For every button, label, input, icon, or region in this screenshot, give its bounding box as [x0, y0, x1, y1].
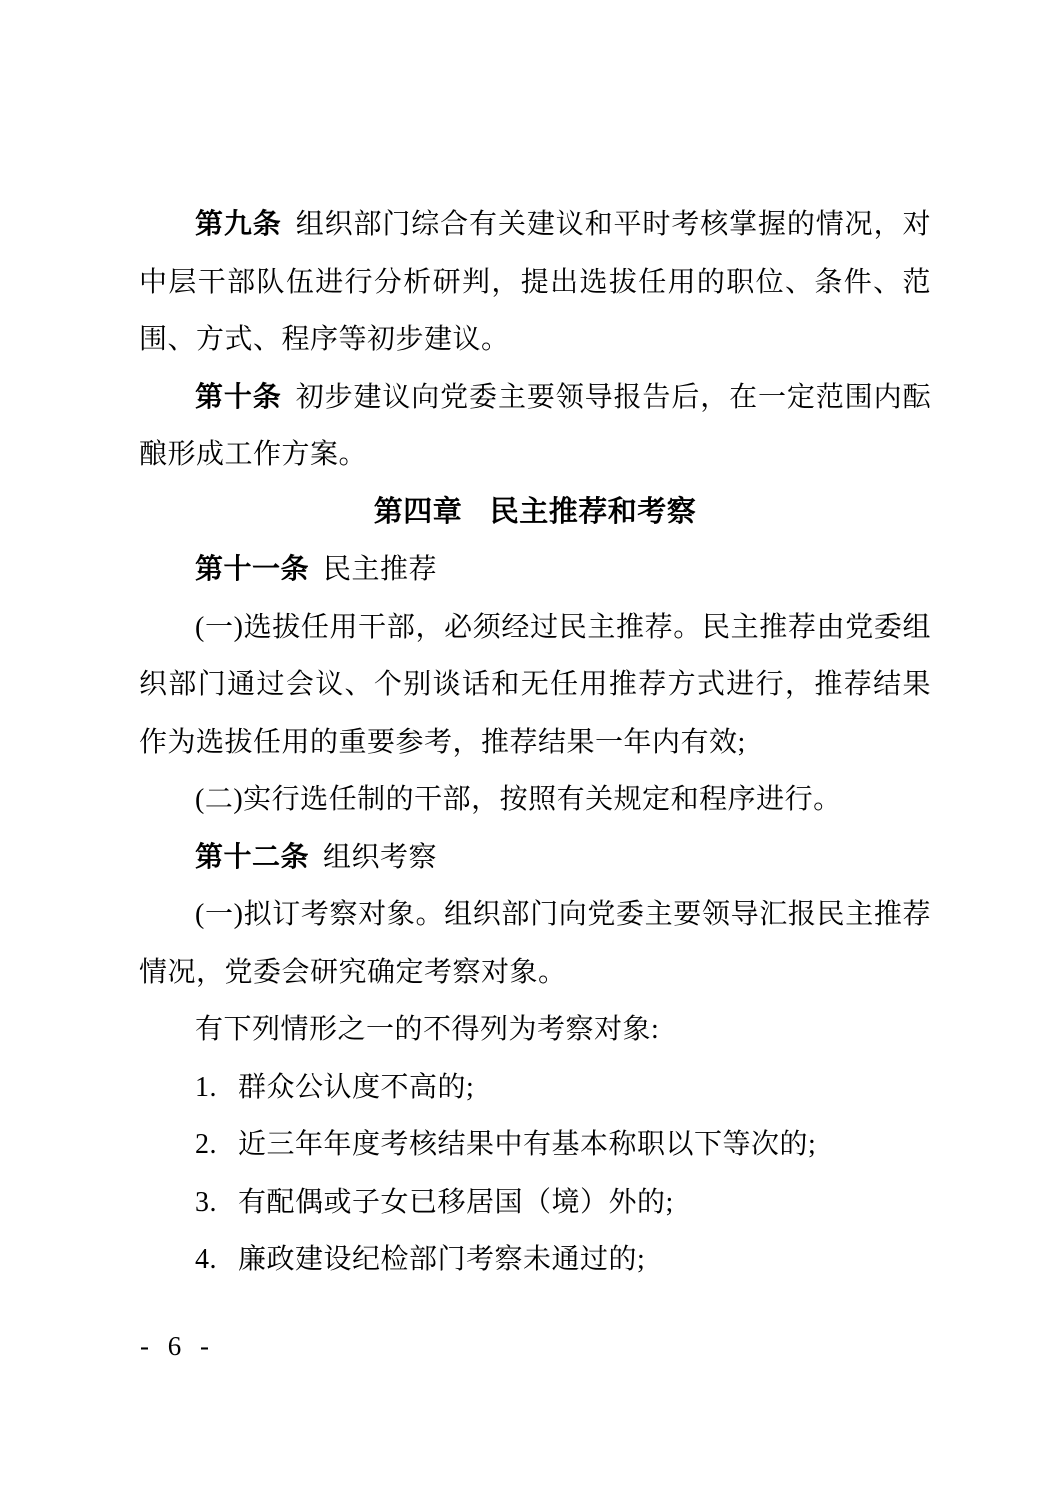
article-12-number: 第十二条	[195, 842, 309, 873]
condition-item-4-number: 4.	[195, 1244, 217, 1275]
chapter-4-number: 第四章	[374, 496, 463, 528]
article-11-item-2-paragraph: (二)实行选任制的干部，按照有关规定和程序进行。	[139, 771, 931, 829]
article-10-number: 第十条	[195, 382, 282, 413]
condition-item-3-number: 3.	[195, 1187, 217, 1218]
condition-item-1: 1.群众公认度不高的;	[139, 1059, 931, 1117]
article-12-text: 组织考察	[323, 842, 437, 873]
condition-item-3: 3.有配偶或子女已移居国（境）外的;	[139, 1174, 931, 1232]
chapter-4-title: 民主推荐和考察	[490, 496, 697, 528]
article-9-paragraph: 第九条组织部门综合有关建议和平时考核掌握的情况，对中层干部队伍进行分析研判，提出…	[139, 196, 931, 369]
article-9-number: 第九条	[195, 209, 282, 240]
condition-item-2: 2.近三年年度考核结果中有基本称职以下等次的;	[139, 1116, 931, 1174]
page-number: - 6 -	[140, 1331, 212, 1362]
document-page: 第九条组织部门综合有关建议和平时考核掌握的情况，对中层干部队伍进行分析研判，提出…	[0, 0, 1054, 1491]
condition-item-2-text: 近三年年度考核结果中有基本称职以下等次的;	[238, 1129, 816, 1160]
article-11-item-1-paragraph: (一)选拔任用干部，必须经过民主推荐。民主推荐由党委组织部门通过会议、个别谈话和…	[139, 599, 931, 772]
condition-item-4: 4.廉政建设纪检部门考察未通过的;	[139, 1231, 931, 1289]
article-10-paragraph: 第十条初步建议向党委主要领导报告后，在一定范围内酝酿形成工作方案。	[139, 369, 931, 484]
article-12-item-1-text: (一)拟订考察对象。组织部门向党委主要领导汇报民主推荐情况，党委会研究确定考察对…	[139, 899, 931, 988]
conditions-intro-text: 有下列情形之一的不得列为考察对象:	[195, 1014, 659, 1045]
condition-item-2-number: 2.	[195, 1129, 217, 1160]
condition-item-1-number: 1.	[195, 1072, 217, 1103]
document-body: 第九条组织部门综合有关建议和平时考核掌握的情况，对中层干部队伍进行分析研判，提出…	[139, 196, 931, 1289]
article-11-paragraph: 第十一条民主推荐	[139, 541, 931, 599]
condition-item-4-text: 廉政建设纪检部门考察未通过的;	[238, 1244, 645, 1275]
chapter-4-heading: 第四章民主推荐和考察	[139, 484, 931, 542]
article-12-paragraph: 第十二条组织考察	[139, 829, 931, 887]
conditions-intro-paragraph: 有下列情形之一的不得列为考察对象:	[139, 1001, 931, 1059]
article-11-number: 第十一条	[195, 554, 309, 585]
article-11-item-2-text: (二)实行选任制的干部，按照有关规定和程序进行。	[195, 784, 842, 815]
condition-item-1-text: 群众公认度不高的;	[238, 1072, 474, 1103]
article-11-item-1-text: (一)选拔任用干部，必须经过民主推荐。民主推荐由党委组织部门通过会议、个别谈话和…	[139, 612, 931, 758]
condition-item-3-text: 有配偶或子女已移居国（境）外的;	[238, 1187, 674, 1218]
article-11-text: 民主推荐	[323, 554, 437, 585]
article-12-item-1-paragraph: (一)拟订考察对象。组织部门向党委主要领导汇报民主推荐情况，党委会研究确定考察对…	[139, 886, 931, 1001]
